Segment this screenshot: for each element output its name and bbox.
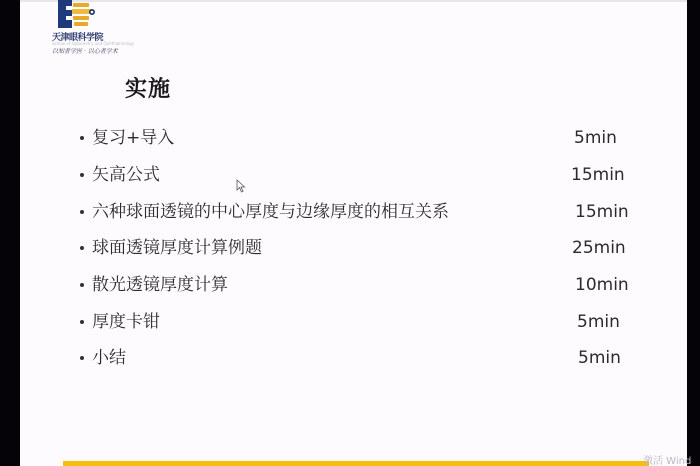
agenda-item: 矢高公式 15min bbox=[80, 163, 680, 187]
agenda-item: 散光透镜厚度计算 10min bbox=[80, 273, 680, 297]
agenda-item-label: 矢高公式 bbox=[92, 163, 160, 187]
agenda-item-label: 小结 bbox=[92, 346, 126, 370]
slide-accent-bar bbox=[63, 461, 649, 466]
agenda-item-label: 六种球面透镜的中心厚度与边缘厚度的相互关系 bbox=[92, 200, 449, 224]
activate-windows-watermark: 激活 Wind bbox=[643, 452, 691, 466]
school-motto: 以知者学医 · 以心者学术 bbox=[52, 46, 118, 55]
agenda-item: 小结 5min bbox=[80, 346, 680, 370]
bullet-icon bbox=[80, 210, 84, 214]
agenda-item-label: 球面透镜厚度计算例题 bbox=[92, 236, 262, 260]
agenda-item-time: 15min bbox=[571, 163, 625, 187]
agenda-item-time: 10min bbox=[575, 273, 629, 297]
bullet-icon bbox=[80, 173, 84, 177]
agenda-item-label: 散光透镜厚度计算 bbox=[92, 273, 228, 297]
agenda-item-time: 5min bbox=[574, 126, 617, 150]
agenda-item-time: 5min bbox=[577, 310, 620, 334]
agenda-item: 球面透镜厚度计算例题 25min bbox=[80, 236, 680, 260]
agenda-item-time: 15min bbox=[575, 200, 629, 224]
presentation-slide: 天津眼科学院 School of Optometry and Ophthalmo… bbox=[20, 0, 687, 466]
mouse-cursor-icon bbox=[236, 179, 246, 193]
agenda-item-time: 25min bbox=[572, 236, 626, 260]
agenda-item-label: 厚度卡钳 bbox=[92, 310, 160, 334]
bullet-icon bbox=[80, 320, 84, 324]
agenda-item: 厚度卡钳 5min bbox=[80, 310, 680, 334]
agenda-item: 复习+导入 5min bbox=[80, 126, 680, 150]
school-emblem-icon bbox=[58, 0, 98, 28]
agenda-item-time: 5min bbox=[578, 346, 621, 370]
agenda-item: 六种球面透镜的中心厚度与边缘厚度的相互关系 15min bbox=[80, 200, 680, 224]
agenda-item-label: 复习+导入 bbox=[92, 126, 174, 150]
slide-title: 实施 bbox=[125, 72, 171, 103]
bullet-icon bbox=[80, 246, 84, 250]
bullet-icon bbox=[80, 283, 84, 287]
bullet-icon bbox=[80, 356, 84, 360]
bullet-icon bbox=[80, 136, 84, 140]
school-logo: 天津眼科学院 School of Optometry and Ophthalmo… bbox=[36, 0, 146, 60]
